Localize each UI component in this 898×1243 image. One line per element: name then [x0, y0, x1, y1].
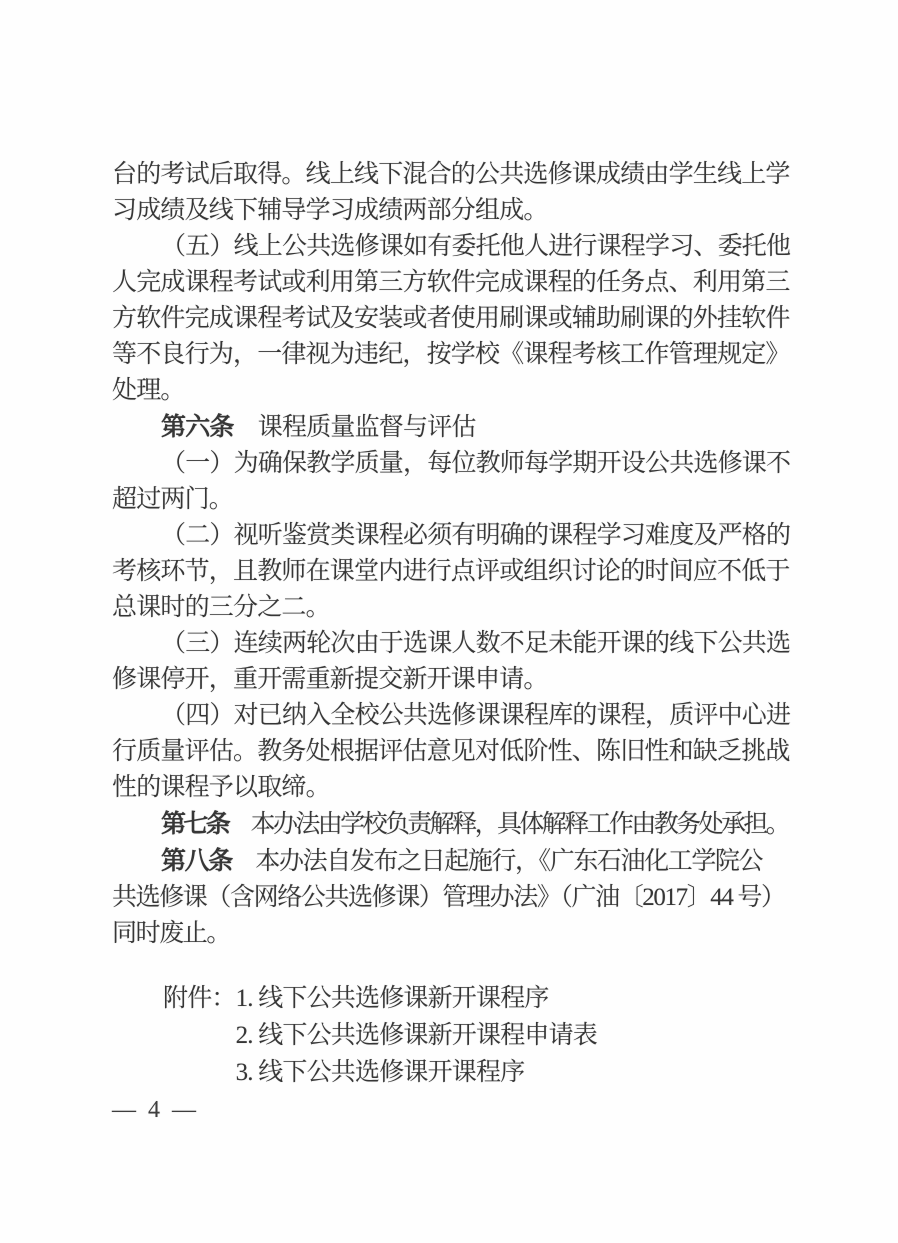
- paragraph-item-2: （二）视听鉴赏类课程必须有明确的课程学习难度及严格的 考核环节，且教师在课堂内进…: [112, 518, 794, 626]
- article-6-label: 第六条: [161, 413, 234, 441]
- article-8-paragraph: 第八条 本办法自发布之日起施行，《广东石油化工学院公 共选修课（含网络公共选修课…: [112, 843, 794, 952]
- article-7-paragraph: 第七条 本办法由学校负责解释，具体解释工作由教务处承担。: [112, 806, 794, 843]
- article-7-label: 第七条: [161, 810, 228, 838]
- document-body: 台的考试后取得。线上线下混合的公共选修课成绩由学生线上学 习成绩及线下辅导学习成…: [112, 157, 794, 1091]
- article-8-label: 第八条: [161, 847, 232, 875]
- attachment-item: 1. 线下公共选修课新开课程序: [236, 980, 794, 1017]
- attachments-list: 1. 线下公共选修课新开课程序 2. 线下公共选修课新开课程申请表 3. 线下公…: [236, 980, 794, 1091]
- paragraph-continuation: 台的考试后取得。线上线下混合的公共选修课成绩由学生线上学 习成绩及线下辅导学习成…: [112, 157, 794, 229]
- attachment-item: 2. 线下公共选修课新开课程申请表: [236, 1017, 794, 1054]
- attachment-item: 3. 线下公共选修课开课程序: [236, 1054, 794, 1091]
- paragraph-item-4: （四）对已纳入全校公共选修课课程库的课程，质评中心进 行质量评估。教务处根据评估…: [112, 698, 794, 806]
- article-6-heading: 第六条 课程质量监督与评估: [112, 409, 794, 446]
- paragraph-item-3: （三）连续两轮次由于选课人数不足未能开课的线下公共选 修课停开，重开需重新提交新…: [112, 626, 794, 698]
- paragraph-item-1: （一）为确保教学质量，每位教师每学期开设公共选修课不 超过两门。: [112, 446, 794, 518]
- paragraph-item-5: （五）线上公共选修课如有委托他人进行课程学习、委托他 人完成课程考试或利用第三方…: [112, 229, 794, 409]
- article-6-title: 课程质量监督与评估: [234, 414, 476, 441]
- page-number: — 4 —: [112, 1096, 199, 1124]
- attachments-label: 附件：: [163, 980, 236, 1091]
- article-7-text: 本办法由学校负责解释，具体解释工作由教务处承担。: [228, 811, 788, 838]
- document-page: 台的考试后取得。线上线下混合的公共选修课成绩由学生线上学 习成绩及线下辅导学习成…: [0, 0, 898, 1243]
- attachments-block: 附件： 1. 线下公共选修课新开课程序 2. 线下公共选修课新开课程申请表 3.…: [112, 980, 794, 1091]
